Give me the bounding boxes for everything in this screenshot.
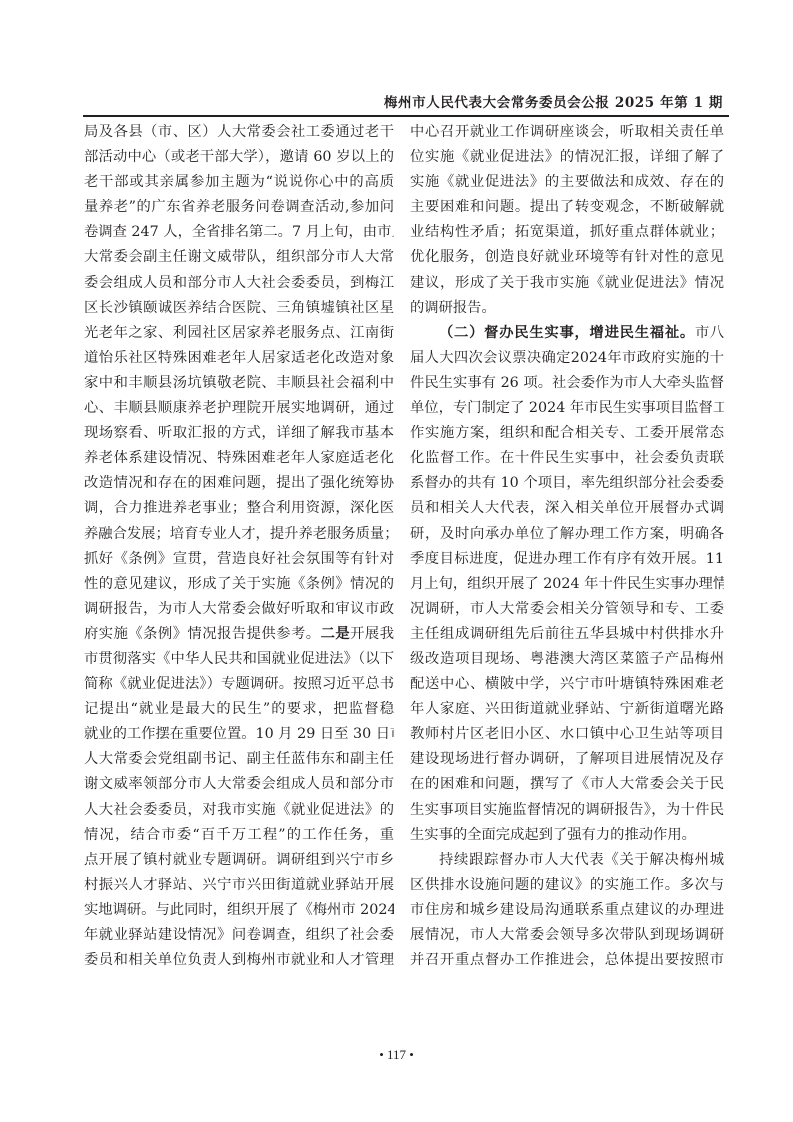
text-span: 开展我 <box>350 626 394 642</box>
text-line: 简称《就业促进法》）专题调研。按照习近平总书 <box>84 672 394 697</box>
text-line: 养老体系建设情况、特殊困难老年人家庭适老化 <box>84 446 394 471</box>
text-line: 作实施方案，组织和配合相关专、工委开展常态 <box>410 421 724 446</box>
text-line: 心、丰顺县顺康养老护理院开展实地调研，通过 <box>84 396 394 421</box>
text-line: 卷调查 247 人，全省排名第二。7 月上旬，由市人 <box>84 220 394 245</box>
text-line: 员和相关人大代表，深入相关单位开展督办式调 <box>410 496 724 521</box>
text-line: 光老年之家、利园社区居家养老服务点、江南街 <box>84 321 394 346</box>
text-line: 建设现场进行督办调研，了解项目进展情况及存 <box>410 747 724 772</box>
text-line: 现场察看、听取汇报的方式，详细了解我市基本 <box>84 421 394 446</box>
text-line: 人大常委会党组副书记、副主任蓝伟东和副主任 <box>84 747 394 772</box>
text-line: 业结构性矛盾；拓宽渠道，抓好重点群体就业； <box>410 220 724 245</box>
text-line: 级改造项目现场、粤港澳大湾区菜篮子产品梅州 <box>410 647 724 672</box>
text-line: 生实事的全面完成起到了强有力的推动作用。 <box>410 823 724 848</box>
text-line: 区长沙镇颐诚医养结合医院、三角镇墟镇社区星 <box>84 296 394 321</box>
text-line: 中心召开就业工作调研座谈会，听取相关责任单 <box>410 120 724 145</box>
text-line: 养融合发展；培育专业人才，提升养老服务质量； <box>84 522 394 547</box>
text-line: 并召开重点督办工作推进会，总体提出要按照市 <box>410 948 724 973</box>
text-line: 系督办的共有 10 个项目，率先组织部分社会委委 <box>410 471 724 496</box>
text-line: 家中和丰顺县汤坑镇敬老院、丰顺县社会福利中 <box>84 371 394 396</box>
text-line: 教师村片区老旧小区、水口镇中心卫生站等项目 <box>410 722 724 747</box>
text-line: 优化服务，创造良好就业环境等有针对性的意见 <box>410 245 724 270</box>
text-line: 老干部或其亲属参加主题为“说说你心中的高质 <box>84 170 394 195</box>
text-line: 建议，形成了关于我市实施《就业促进法》情况 <box>410 271 724 296</box>
section-heading: （二）督办民生实事，增进民生福祉。 <box>439 325 695 341</box>
text-line: 局及各县（市、区）人大常委会社工委通过老干 <box>84 120 394 145</box>
text-line: 记提出“就业是最大的民生”的要求，把监督稳 <box>84 697 394 722</box>
text-line: 年就业驿站建设情况》问卷调查，组织了社会委 <box>84 923 394 948</box>
text-line: 调，合力推进养老事业；整合利用资源，深化医 <box>84 496 394 521</box>
text-line: 村振兴人才驿站、兴宁市兴田街道就业驿站开展 <box>84 873 394 898</box>
text-line: 况调研，市人大常委会相关分管领导和专、工委 <box>410 597 724 622</box>
text-line: 月上旬，组织开展了 2024 年十件民生实事办理情 <box>410 572 724 597</box>
text-line: 实施《就业促进法》的主要做法和成效、存在的 <box>410 170 724 195</box>
text-line: 市贯彻落实《中华人民共和国就业促进法》（以下 <box>84 647 394 672</box>
text-span: 市八 <box>695 325 724 341</box>
inline-bold-label: 二是 <box>321 626 351 642</box>
text-line: 持续跟踪督办市人大代表《关于解决梅州城 <box>410 848 724 873</box>
header-rule <box>83 115 729 117</box>
text-line: 生实事项目实施监督情况的调研报告》，为十件民 <box>410 798 724 823</box>
text-line: 抓好《条例》宣贯，营造良好社会氛围等有针对 <box>84 547 394 572</box>
text-line: 委会组成人员和部分市人大社会委委员，到梅江 <box>84 271 394 296</box>
left-column: 局及各县（市、区）人大常委会社工委通过老干 部活动中心（或老干部大学），邀请 6… <box>84 120 394 973</box>
text-line: 区供排水设施问题的建议》的实施工作。多次与 <box>410 873 724 898</box>
text-line: 点开展了镇村就业专题调研。调研组到兴宁市乡 <box>84 848 394 873</box>
text-line: 性的意见建议，形成了关于实施《条例》情况的 <box>84 572 394 597</box>
text-line: 年人家庭、兴田街道就业驿站、宁新街道曙光路 <box>410 697 724 722</box>
text-line: 人大社会委委员，对我市实施《就业促进法》的 <box>84 798 394 823</box>
right-column: 中心召开就业工作调研座谈会，听取相关责任单 位实施《就业促进法》的情况汇报，详细… <box>410 120 724 973</box>
text-line: 调研报告，为市人大常委会做好听取和审议市政 <box>84 597 394 622</box>
text-line: 改造情况和存在的困难问题，提出了强化统筹协 <box>84 471 394 496</box>
text-line: 位实施《就业促进法》的情况汇报，详细了解了 <box>410 145 724 170</box>
text-line: 研，及时向承办单位了解办理工作方案，明确各 <box>410 522 724 547</box>
text-line-with-inline-bold: 府实施《条例》情况报告提供参考。二是开展我 <box>84 622 394 647</box>
text-line: 部活动中心（或老干部大学），邀请 60 岁以上的 <box>84 145 394 170</box>
text-line: 届人大四次会议票决确定2024年市政府实施的十 <box>410 346 724 371</box>
text-line: 主要困难和问题。提出了转变观念，不断破解就 <box>410 195 724 220</box>
text-line: 委员和相关单位负责人到梅州市就业和人才管理 <box>84 948 394 973</box>
text-line: 的调研报告。 <box>410 296 724 321</box>
text-line: 展情况，市人大常委会领导多次带队到现场调研 <box>410 923 724 948</box>
journal-header-title: 梅州市人民代表大会常务委员会公报 2025 年第 1 期 <box>384 91 723 111</box>
text-line: 主任组成调研组先后前往五华县城中村供排水升 <box>410 622 724 647</box>
text-line: 谢文威率领部分市人大常委会组成人员和部分市 <box>84 772 394 797</box>
section-heading-line: （二）督办民生实事，增进民生福祉。市八 <box>410 321 724 346</box>
page-number: • 117 • <box>0 1047 793 1063</box>
text-line: 就业的工作摆在重要位置。10 月 29 日至 30 日市 <box>84 722 394 747</box>
text-line: 季度目标进度，促进办理工作有序有效开展。11 <box>410 547 724 572</box>
text-span: 府实施《条例》情况报告提供参考。 <box>84 626 321 642</box>
text-line: 配送中心、横陂中学，兴宁市叶塘镇特殊困难老 <box>410 672 724 697</box>
text-line: 道怡乐社区特殊困难老年人居家适老化改造对象 <box>84 346 394 371</box>
text-line: 量养老”的广东省养老服务问卷调查活动,参加问 <box>84 195 394 220</box>
text-line: 在的困难和问题，撰写了《市人大常委会关于民 <box>410 772 724 797</box>
text-line: 件民生实事有 26 项。社会委作为市人大牵头监督 <box>410 371 724 396</box>
text-line: 单位，专门制定了 2024 年市民生实事项目监督工 <box>410 396 724 421</box>
text-line: 化监督工作。在十件民生实事中，社会委负责联 <box>410 446 724 471</box>
text-line: 实地调研。与此同时，组织开展了《梅州市 2024 <box>84 898 394 923</box>
text-line: 情况，结合市委“百千万工程”的工作任务，重 <box>84 823 394 848</box>
text-line: 大常委会副主任谢文威带队，组织部分市人大常 <box>84 245 394 270</box>
text-line: 市住房和城乡建设局沟通联系重点建议的办理进 <box>410 898 724 923</box>
